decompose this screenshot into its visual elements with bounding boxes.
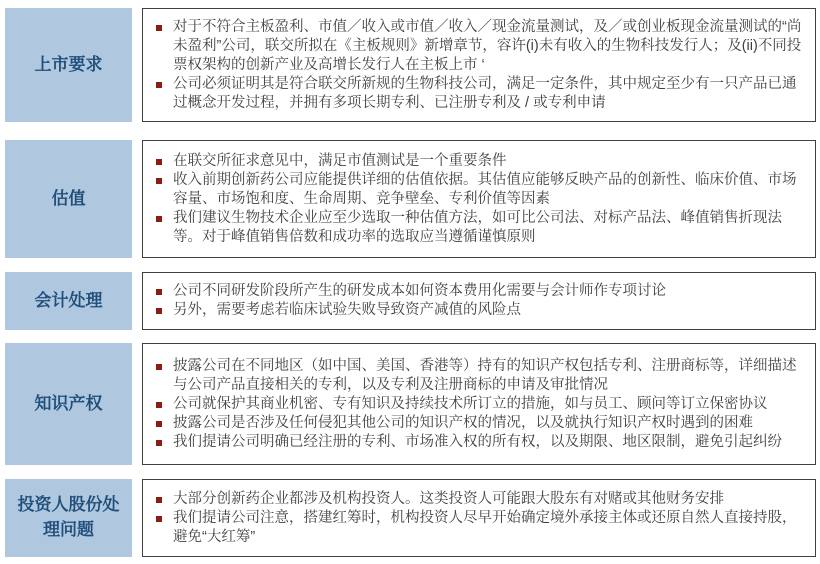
bullet-text: 大部分创新药企业都涉及机构投资人。这类投资人可能跟大股东有对赌或其他财务安排 xyxy=(173,490,807,509)
bullet-text: 公司不同研发阶段所产生的研发成本如何资本费用化需要与会计师作专项讨论 xyxy=(173,282,807,301)
bullet-item: 披露公司是否涉及任何侵犯其他公司的知识产权的情况，以及就执行知识产权时遇到的困难 xyxy=(143,414,807,433)
topic-content-valuation: 在联交所征求意见中，满足市值测试是一个重要条件 收入前期创新药公司应能提供详细的… xyxy=(142,140,816,258)
bullet-list: 大部分创新药企业都涉及机构投资人。这类投资人可能跟大股东有对赌或其他财务安排 我… xyxy=(143,490,815,547)
bullet-item: 对于不符合主板盈利、市值／收入或市值／收入／现金流量测试，及／或创业板现金流量测… xyxy=(143,18,807,75)
topic-label-accounting: 会计处理 xyxy=(5,272,132,330)
topic-label-valuation: 估值 xyxy=(5,140,132,258)
bullet-text: 我们提请公司注意，搭建红筹时，机构投资人尽早开始确定境外承接主体或还原自然人直接… xyxy=(173,509,807,547)
bullet-item: 收入前期创新药公司应能提供详细的估值依据。其估值应能够反映产品的创新性、临床价值… xyxy=(143,171,807,209)
bullet-square-icon xyxy=(156,289,162,295)
bullet-text: 另外，需要考虑若临床试验失败导致资产减值的风险点 xyxy=(173,301,807,320)
bullet-square-icon xyxy=(156,402,162,408)
bullet-square-icon xyxy=(156,178,162,184)
bullet-text: 公司必须证明其是符合联交所新规的生物科技公司，满足一定条件，其中规定至少有一只产… xyxy=(173,75,807,113)
bullet-square-icon xyxy=(156,440,162,446)
topic-row-intellectual-property: 知识产权 披露公司在不同地区（如中国、美国、香港等）持有的知识产权包括专利、注册… xyxy=(5,343,816,465)
bullet-item: 我们提请公司明确已经注册的专利、市场准入权的所有权，以及期限、地区限制，避免引起… xyxy=(143,433,807,452)
bullet-item: 另外，需要考虑若临床试验失败导致资产减值的风险点 xyxy=(143,301,807,320)
topic-label-investor-shares: 投资人股份处理问题 xyxy=(5,479,132,557)
bullet-text: 披露公司在不同地区（如中国、美国、香港等）持有的知识产权包括专利、注册商标等，详… xyxy=(173,357,807,395)
bullet-text: 在联交所征求意见中，满足市值测试是一个重要条件 xyxy=(173,152,807,171)
bullet-square-icon xyxy=(156,308,162,314)
topic-row-accounting: 会计处理 公司不同研发阶段所产生的研发成本如何资本费用化需要与会计师作专项讨论 … xyxy=(5,272,816,330)
topic-row-listing-requirements: 上市要求 对于不符合主板盈利、市值／收入或市值／收入／现金流量测试，及／或创业板… xyxy=(5,8,816,122)
bullet-list: 对于不符合主板盈利、市值／收入或市值／收入／现金流量测试，及／或创业板现金流量测… xyxy=(143,18,815,113)
bullet-text: 我们提请公司明确已经注册的专利、市场准入权的所有权，以及期限、地区限制，避免引起… xyxy=(173,433,807,452)
bullet-text: 披露公司是否涉及任何侵犯其他公司的知识产权的情况，以及就执行知识产权时遇到的困难 xyxy=(173,414,807,433)
bullet-list: 公司不同研发阶段所产生的研发成本如何资本费用化需要与会计师作专项讨论 另外，需要… xyxy=(143,282,815,320)
bullet-item: 我们建议生物技术企业应至少选取一种估值方法，如可比公司法、对标产品法、峰值销售折… xyxy=(143,209,807,247)
bullet-text: 收入前期创新药公司应能提供详细的估值依据。其估值应能够反映产品的创新性、临床价值… xyxy=(173,171,807,209)
topic-content-intellectual-property: 披露公司在不同地区（如中国、美国、香港等）持有的知识产权包括专利、注册商标等，详… xyxy=(142,343,816,465)
bullet-square-icon xyxy=(156,364,162,370)
bullet-square-icon xyxy=(156,159,162,165)
bullet-text: 我们建议生物技术企业应至少选取一种估值方法，如可比公司法、对标产品法、峰值销售折… xyxy=(173,209,807,247)
bullet-square-icon xyxy=(156,497,162,503)
bullet-item: 在联交所征求意见中，满足市值测试是一个重要条件 xyxy=(143,152,807,171)
bullet-text: 公司就保护其商业机密、专有知识及持续技术所订立的措施，如与员工、顾问等订立保密协… xyxy=(173,395,807,414)
topic-label-listing-requirements: 上市要求 xyxy=(5,8,132,122)
bullet-list: 披露公司在不同地区（如中国、美国、香港等）持有的知识产权包括专利、注册商标等，详… xyxy=(143,357,815,452)
topic-row-investor-shares: 投资人股份处理问题 大部分创新药企业都涉及机构投资人。这类投资人可能跟大股东有对… xyxy=(5,479,816,557)
bullet-item: 我们提请公司注意，搭建红筹时，机构投资人尽早开始确定境外承接主体或还原自然人直接… xyxy=(143,509,807,547)
topic-content-accounting: 公司不同研发阶段所产生的研发成本如何资本费用化需要与会计师作专项讨论 另外，需要… xyxy=(142,272,816,330)
topic-label-intellectual-property: 知识产权 xyxy=(5,343,132,465)
bullet-square-icon xyxy=(156,421,162,427)
bullet-item: 披露公司在不同地区（如中国、美国、香港等）持有的知识产权包括专利、注册商标等，详… xyxy=(143,357,807,395)
bullet-square-icon xyxy=(156,516,162,522)
bullet-text: 对于不符合主板盈利、市值／收入或市值／收入／现金流量测试，及／或创业板现金流量测… xyxy=(173,18,807,75)
topic-content-investor-shares: 大部分创新药企业都涉及机构投资人。这类投资人可能跟大股东有对赌或其他财务安排 我… xyxy=(142,479,816,557)
bullet-square-icon xyxy=(156,216,162,222)
topic-row-valuation: 估值 在联交所征求意见中，满足市值测试是一个重要条件 收入前期创新药公司应能提供… xyxy=(5,140,816,258)
bullet-item: 公司就保护其商业机密、专有知识及持续技术所订立的措施，如与员工、顾问等订立保密协… xyxy=(143,395,807,414)
bullet-list: 在联交所征求意见中，满足市值测试是一个重要条件 收入前期创新药公司应能提供详细的… xyxy=(143,152,815,247)
bullet-square-icon xyxy=(156,82,162,88)
bullet-item: 公司不同研发阶段所产生的研发成本如何资本费用化需要与会计师作专项讨论 xyxy=(143,282,807,301)
topic-content-listing-requirements: 对于不符合主板盈利、市值／收入或市值／收入／现金流量测试，及／或创业板现金流量测… xyxy=(142,8,816,122)
bullet-square-icon xyxy=(156,25,162,31)
slide-table: 上市要求 对于不符合主板盈利、市值／收入或市值／收入／现金流量测试，及／或创业板… xyxy=(0,0,820,564)
bullet-item: 公司必须证明其是符合联交所新规的生物科技公司，满足一定条件，其中规定至少有一只产… xyxy=(143,75,807,113)
bullet-item: 大部分创新药企业都涉及机构投资人。这类投资人可能跟大股东有对赌或其他财务安排 xyxy=(143,490,807,509)
